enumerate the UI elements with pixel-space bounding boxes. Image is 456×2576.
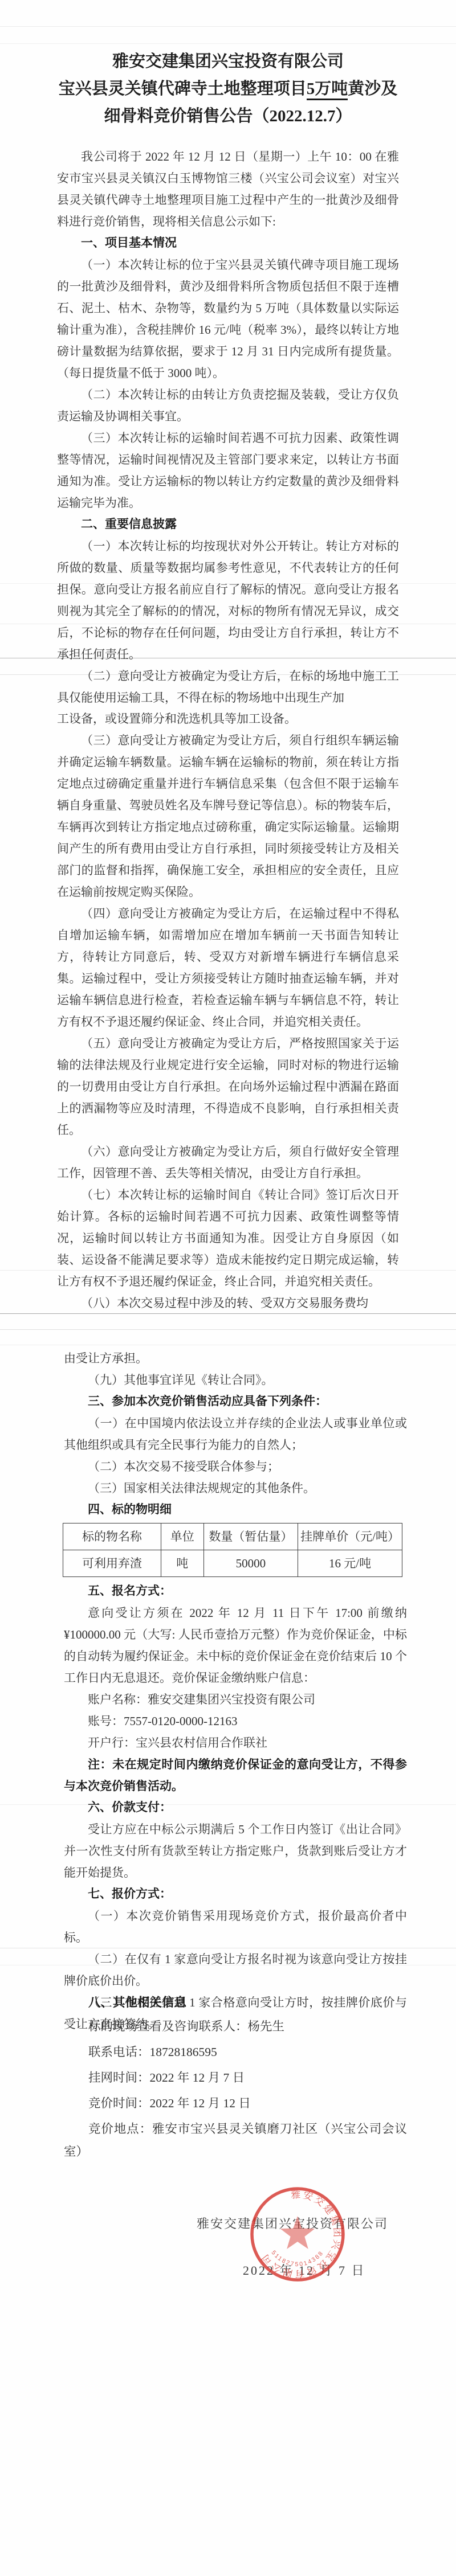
page-1-body: 我公司将于 2022 年 12 月 12 日（星期一）上午 10：00 在雅安市… [57,146,399,708]
page-separator-line [0,1345,456,1345]
section-heading-6: 六、价款支付： [64,1797,407,1819]
account-number-line: 账号：7557-0120-0000-12163 [64,1710,407,1732]
paragraph-continuation: 工设备，或设置筛分和洗选机具等加工设备。 [57,708,399,730]
paragraph: （二）本次交易不接受联合体参与； [64,1456,407,1477]
listing-date-line: 挂网时间：2022 年 12 月 7 日 [64,2066,407,2089]
paragraph: （二）本次转让标的由转让方负责挖掘及装载，受让方仅负责运输及协调相关事宜。 [57,384,399,427]
section-heading-1: 一、项目基本情况 [57,232,399,254]
note-paragraph: 注：未在规定时间内缴纳竞价保证金的意向受让方，不得参与本次竞价销售活动。 [64,1754,407,1797]
paragraph: （二）在仅有 1 家意向受让方报名时视为该意向受让方按挂牌价底价出价。 [64,1948,407,1992]
title-line-2: 宝兴县灵关镇代碑寺土地整理项目5万吨黄沙及 [34,75,422,103]
paragraph: （五）意向受让方被确定为受让方后，严格按照国家关于运输的法律法规及行业规定进行安… [57,1033,399,1141]
col-header-lot-name: 标的物名称 [63,1524,161,1550]
account-bank-line: 开户行：宝兴县农村信用合作联社 [64,1732,407,1754]
paragraph: （八）本次交易过程中涉及的转、受双方交易服务费均 [57,1292,399,1314]
paragraph: 受让方应在中标公示期满后 5 个工作日内签订《出让合同》并一次性支付所有货款至转… [64,1819,407,1883]
page-4-body: 八、其他相关信息 标的现场查看及咨询联系人：杨先生 联系电话：187281865… [64,1991,407,2166]
paragraph: （九）其他事宜详见《转让合同》。 [64,1369,407,1391]
scanned-announcement-document: 雅安交建集团兴宝投资有限公司 宝兴县灵关镇代碑寺土地整理项目5万吨黄沙及 细骨料… [0,0,456,2576]
section-heading-2: 二、重要信息披露 [57,514,399,535]
title-line-1: 雅安交建集团兴宝投资有限公司 [34,48,422,75]
bidding-place-line: 竞价地点：雅安市宝兴县灵关镇磨刀社区（兴宝公司会议室） [64,2118,407,2163]
seal-star-icon [280,2216,315,2249]
paragraph: （一）本次转让标的均按现状对外公开转让。转让方对标的所做的数量、质量等数据均属参… [57,535,399,665]
contact-phone-line: 联系电话：18728186595 [64,2041,407,2063]
paragraph: 意向受让方须在 2022 年 12 月 11 日下午 17:00 前缴纳 ¥10… [64,1602,407,1689]
cell-unit: 吨 [161,1550,203,1577]
section-heading-3: 三、参加本次竞价销售活动应具备下列条件： [64,1391,407,1412]
col-header-unit-price: 挂牌单价（元/吨） [298,1524,402,1550]
paragraph: （六）意向受让方被确定为受让方后，须自行做好安全管理工作，因管理不善、丢失等相关… [57,1141,399,1184]
title-underlined-quantity: 5万吨 [307,80,348,100]
table-header-row: 标的物名称 单位 数量（暂估量） 挂牌单价（元/吨） [63,1524,402,1550]
paragraph: （一）本次转让标的位于宝兴县灵关镇代碑寺项目施工现场的一批黄沙及细骨料，黄沙及细… [57,254,399,384]
page-2-body: 工设备，或设置筛分和洗选机具等加工设备。 （三）意向受让方被确定为受让方后，须自… [57,708,399,1314]
document-title: 雅安交建集团兴宝投资有限公司 宝兴县灵关镇代碑寺土地整理项目5万吨黄沙及 细骨料… [34,48,422,130]
section-heading-4: 四、标的物明细 [64,1499,407,1521]
col-header-unit: 单位 [161,1524,203,1550]
paragraph: （四）意向受让方被确定为受让方后，在运输过程中不得私自增加运输车辆，如需增加应在… [57,903,399,1033]
intro-paragraph: 我公司将于 2022 年 12 月 12 日（星期一）上午 10：00 在雅安市… [57,146,399,232]
bidding-date-line: 竞价时间：2022 年 12 月 12 日 [64,2092,407,2115]
paragraph: （一）在中国境内依法设立并存续的企业法人或事业单位或其他组织或具有完全民事行为能… [64,1412,407,1456]
paragraph: （七）本次转让标的运输时间自《转让合同》签订后次日开始计算。各标的运输时间若遇不… [57,1184,399,1292]
paragraph: （三）本次转让标的运输时间若遇不可抗力因素、政策性调整等情况，运输时间视情况及主… [57,427,399,514]
account-name-line: 账户名称：雅安交建集团兴宝投资有限公司 [64,1689,407,1710]
page-3-body: 由受让方承担。 （九）其他事宜详见《转让合同》。 三、参加本次竞价销售活动应具备… [64,1348,407,2035]
cell-unit-price: 16 元/吨 [298,1550,402,1577]
table-row: 可利用弃渣 吨 50000 16 元/吨 [63,1550,402,1577]
contact-person-line: 标的现场查看及咨询联系人：杨先生 [64,2015,407,2038]
title-line-3: 细骨料竞价销售公告（2022.12.7） [34,103,422,130]
section-heading-7: 七、报价方式： [64,1883,407,1905]
cell-lot-name: 可利用弃渣 [63,1550,161,1577]
col-header-quantity: 数量（暂估量） [203,1524,298,1550]
paragraph: （三）意向受让方被确定为受让方后，须自行组织车辆运输并确定运输车辆数量。运输车辆… [57,730,399,903]
paragraph-continuation: 由受让方承担。 [64,1348,407,1369]
scan-artifact-line [0,43,456,44]
paragraph: （三）国家相关法律法规规定的其他条件。 [64,1477,407,1499]
scan-artifact-line [0,26,456,27]
title-line-2-pre: 宝兴县灵关镇代碑寺土地整理项目 [59,80,307,98]
title-line-2-post: 黄沙及 [348,80,397,98]
page-separator-line [0,1329,456,1330]
section-heading-8: 八、其他相关信息 [64,1991,407,2014]
company-seal-stamp: 雅安交建集团兴宝投资有限公司 5118275014388 [246,2183,349,2286]
paragraph: （二）意向受让方被确定为受让方后，在标的场地中施工工具仅能使用运输工具，不得在标… [57,665,399,708]
section-heading-5: 五、报名方式： [64,1580,407,1602]
cell-quantity: 50000 [203,1550,298,1577]
paragraph: （一）本次竞价销售采用现场竞价方式，报价最高价者中标。 [64,1905,407,1948]
lot-detail-table: 标的物名称 单位 数量（暂估量） 挂牌单价（元/吨） 可利用弃渣 吨 50000… [63,1523,402,1577]
